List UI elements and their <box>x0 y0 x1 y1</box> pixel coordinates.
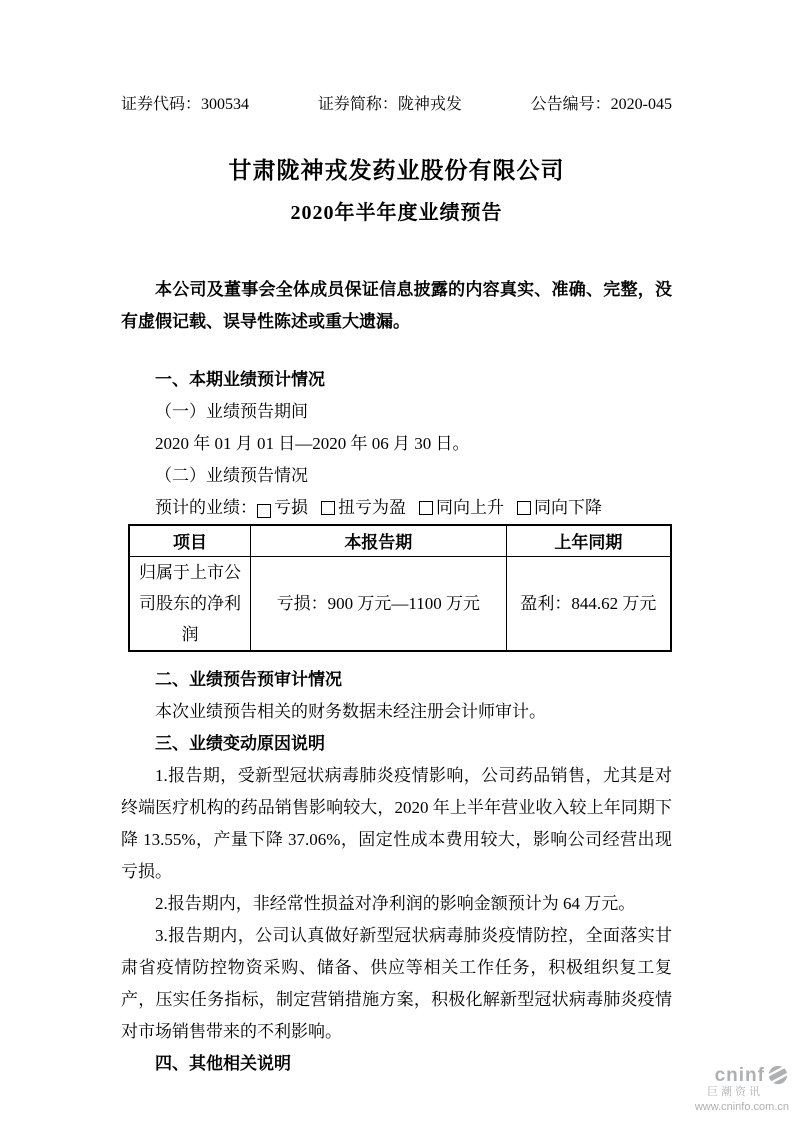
cell-current-period: 亏损：900 万元—1100 万元 <box>250 556 506 651</box>
forecast-option-decrease: 同向下降 <box>517 498 602 517</box>
forecast-table: 项目 本报告期 上年同期 归属于上市公司股东的净利润 亏损：900 万元—110… <box>128 524 672 652</box>
col-header-current-period: 本报告期 <box>250 525 506 556</box>
globe-swirl-icon <box>767 1064 789 1086</box>
col-header-prior-period: 上年同期 <box>506 525 671 556</box>
report-title: 2020年半年度业绩预告 <box>121 200 672 226</box>
unchecked-checkbox-icon <box>321 501 335 515</box>
cninfo-watermark: cninf 巨潮资讯 www.cninfo.com.cn <box>695 1064 789 1114</box>
section2-body: 本次业绩预告相关的财务数据未经注册会计师审计。 <box>121 696 672 728</box>
section3-heading: 三、业绩变动原因说明 <box>121 728 672 760</box>
stock-code: 证券代码：300534 <box>121 95 249 115</box>
cninfo-url: www.cninfo.com.cn <box>695 1100 789 1114</box>
forecast-option-label: 扭亏为盈 <box>338 498 406 517</box>
forecast-options-label: 预计的业绩： <box>155 498 257 517</box>
forecast-options-line: 预计的业绩：✓亏损扭亏为盈同向上升同向下降 <box>121 492 672 524</box>
section3-paragraph-3: 3.报告期内，公司认真做好新型冠状病毒肺炎疫情防控，全面落实甘肃省疫情防控物资采… <box>121 920 672 1048</box>
table-header-row: 项目 本报告期 上年同期 <box>129 525 671 556</box>
col-header-item: 项目 <box>129 525 250 556</box>
document-header-row: 证券代码：300534 证券简称：陇神戎发 公告编号：2020-045 <box>121 95 672 115</box>
forecast-option-turnaround: 扭亏为盈 <box>321 498 406 517</box>
forecast-period: 2020 年 01 月 01 日—2020 年 06 月 30 日。 <box>121 428 672 460</box>
cninfo-logo-row: cninf <box>695 1064 789 1086</box>
document-content: 证券代码：300534 证券简称：陇神戎发 公告编号：2020-045 甘肃陇神… <box>121 0 672 1080</box>
cell-prior-period: 盈利：844.62 万元 <box>506 556 671 651</box>
stock-abbr: 证券简称：陇神戎发 <box>318 95 462 115</box>
section3-paragraph-1: 1.报告期，受新型冠状病毒肺炎疫情影响，公司药品销售，尤其是对终端医疗机构的药品… <box>121 760 672 888</box>
section1-sub2-heading: （二）业绩预告情况 <box>121 460 672 492</box>
forecast-option-label: 同向下降 <box>534 498 602 517</box>
forecast-option-label: 同向上升 <box>436 498 504 517</box>
table-row: 归属于上市公司股东的净利润 亏损：900 万元—1100 万元 盈利：844.6… <box>129 556 671 651</box>
checked-checkbox-icon: ✓ <box>257 504 271 518</box>
company-title: 甘肃陇神戎发药业股份有限公司 <box>121 157 672 185</box>
section1-sub1-heading: （一）业绩预告期间 <box>121 396 672 428</box>
section1-heading: 一、本期业绩预计情况 <box>121 364 672 396</box>
section2-heading: 二、业绩预告预审计情况 <box>121 664 672 696</box>
cninfo-logo-text: cninf <box>715 1066 765 1085</box>
forecast-option-increase: 同向上升 <box>419 498 504 517</box>
disclaimer-paragraph: 本公司及董事会全体成员保证信息披露的内容真实、准确、完整，没有虚假记载、误导性陈… <box>121 274 672 338</box>
forecast-option-label: 亏损 <box>274 498 308 517</box>
section3-paragraph-2: 2.报告期内，非经常性损益对净利润的影响金额预计为 64 万元。 <box>121 888 672 920</box>
announcement-number: 公告编号：2020-045 <box>531 95 672 115</box>
forecast-option-loss: ✓亏损 <box>257 498 308 517</box>
cell-item: 归属于上市公司股东的净利润 <box>129 556 250 651</box>
document-page: 证券代码：300534 证券简称：陇神戎发 公告编号：2020-045 甘肃陇神… <box>0 0 793 1122</box>
unchecked-checkbox-icon <box>517 501 531 515</box>
cninfo-chinese-name: 巨潮资讯 <box>695 1086 763 1099</box>
section4-heading: 四、其他相关说明 <box>121 1048 672 1080</box>
unchecked-checkbox-icon <box>419 501 433 515</box>
